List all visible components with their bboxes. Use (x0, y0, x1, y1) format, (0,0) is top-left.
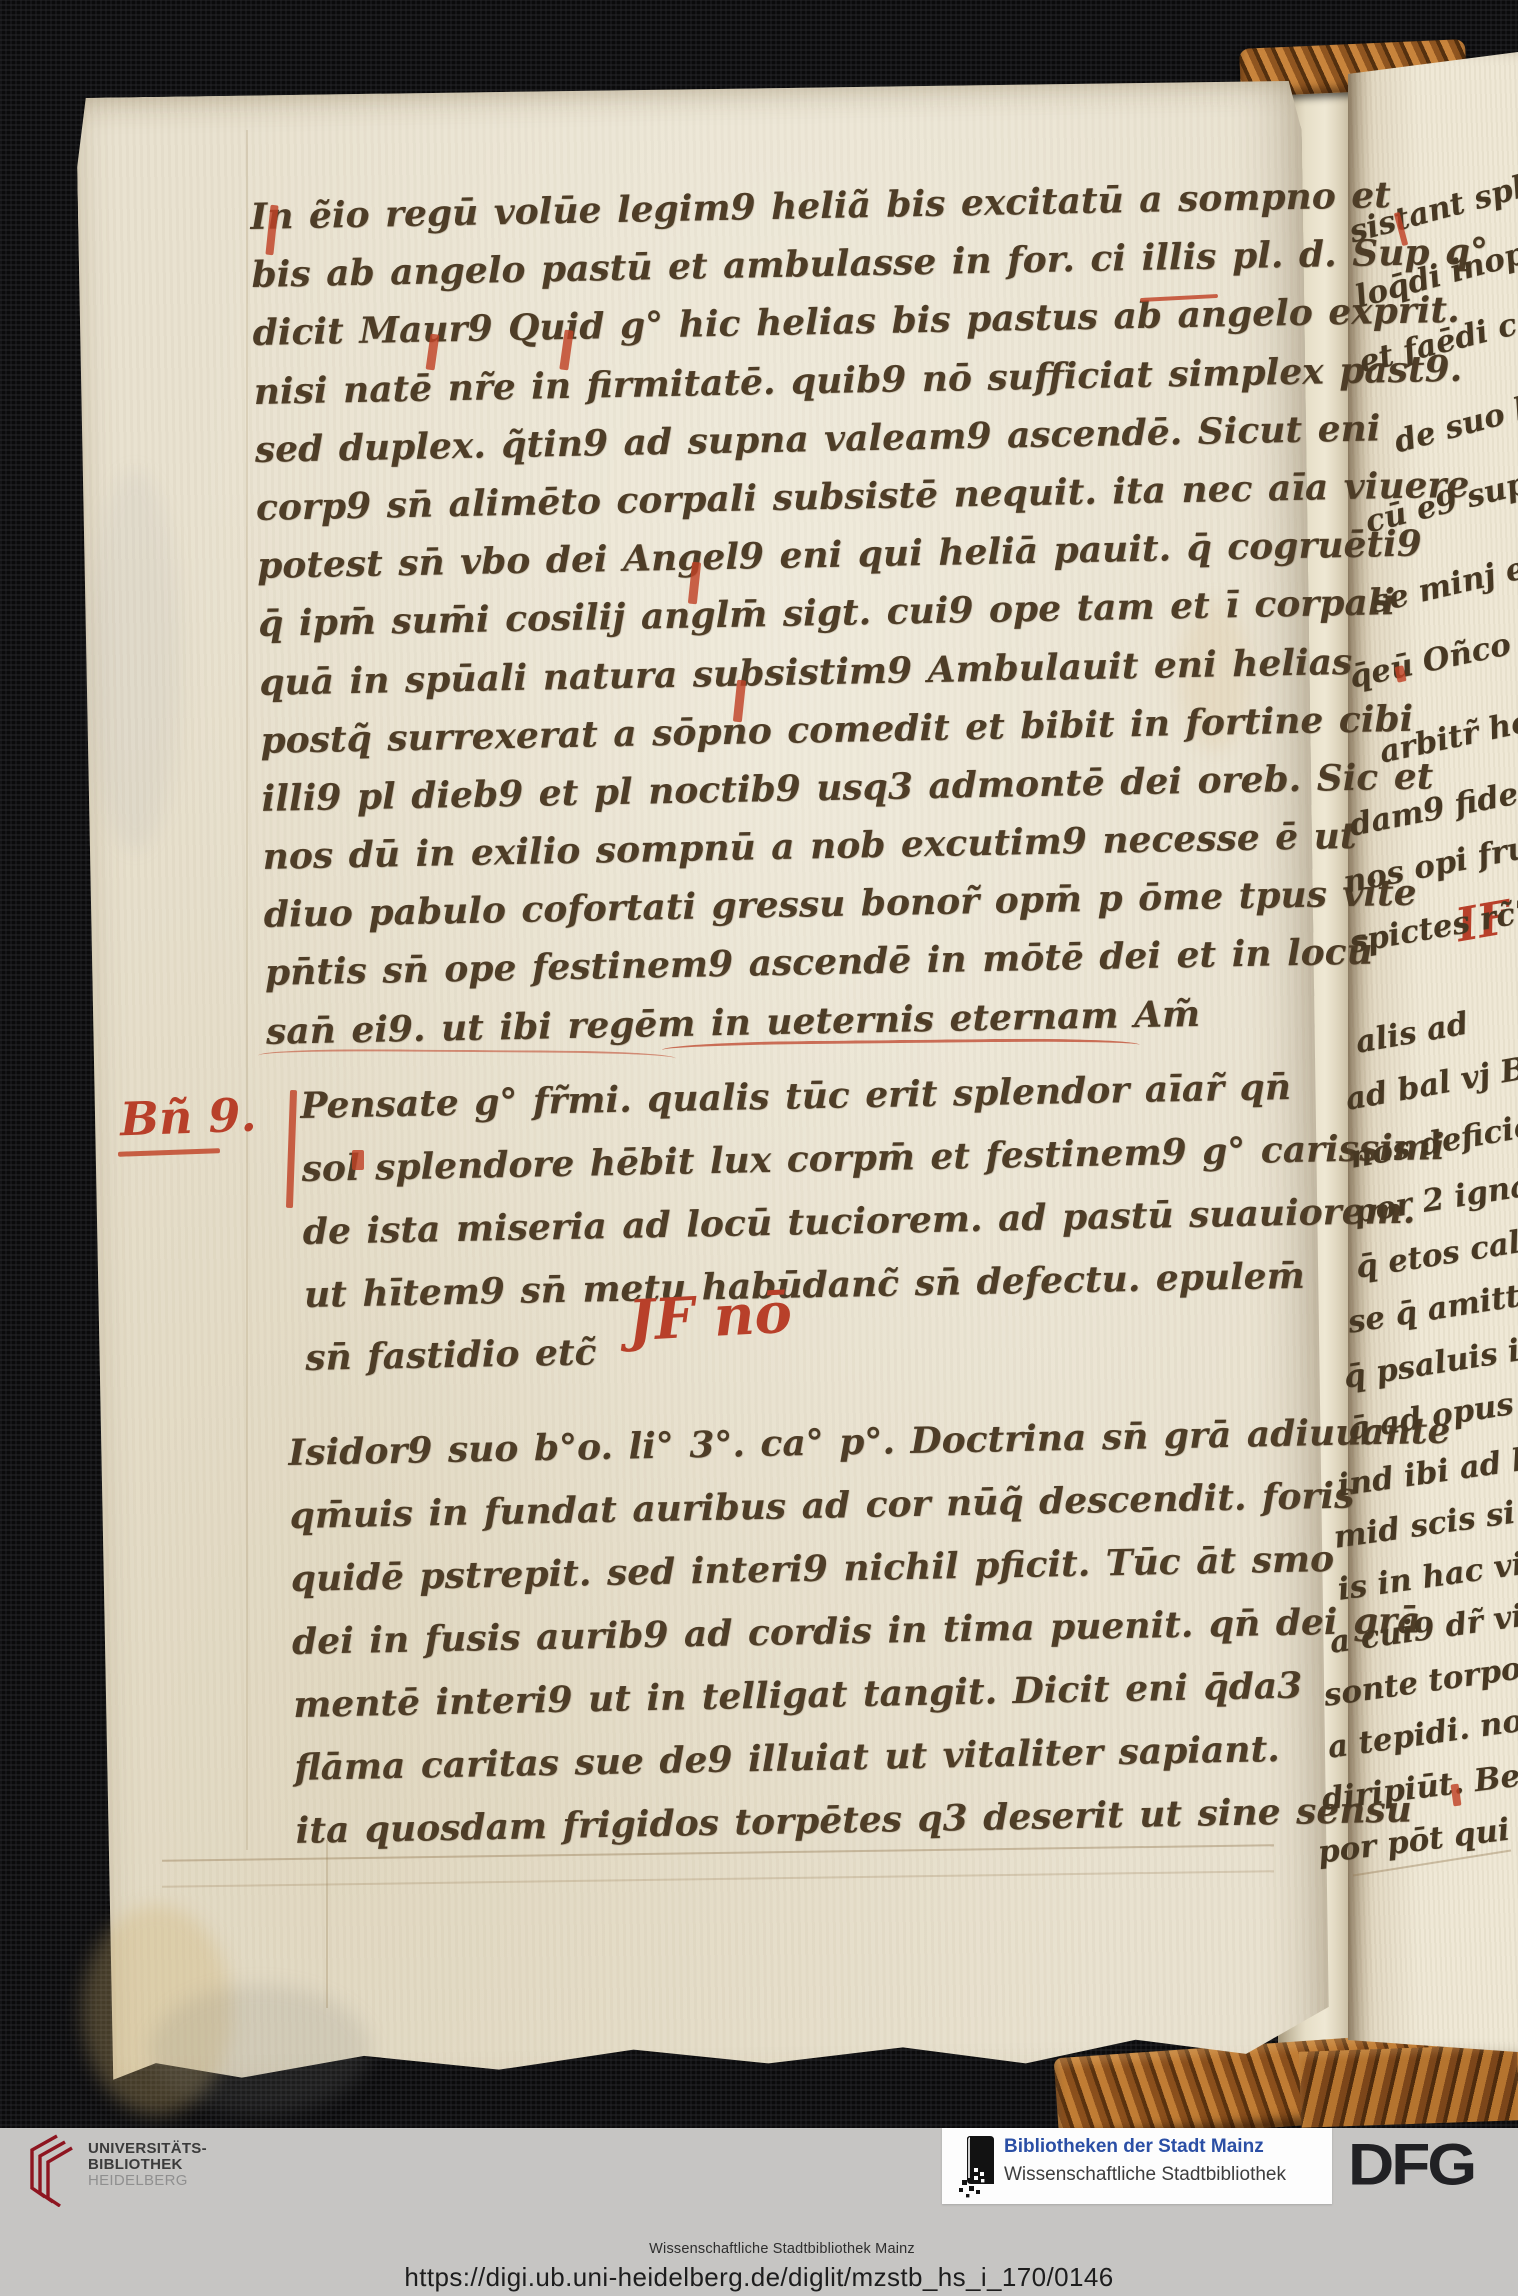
text-block-1: In ẽio regū volūe legim9 heliã bis excit… (250, 172, 1503, 1068)
digitized-manuscript-scan: In ẽio regū volūe legim9 heliã bis excit… (0, 0, 1518, 2296)
margin-ruling-line (246, 130, 248, 1850)
text-block-3: Isidor9 suo b°o. li° 3°. ca° p°. Doctrin… (288, 1410, 1458, 1873)
photo-area: In ẽio regū volūe legim9 heliã bis excit… (0, 0, 1518, 2128)
rubric-margin-note: Bñ 9. (119, 1088, 257, 1147)
permalink-url: https://digi.ub.uni-heidelberg.de/diglit… (0, 2262, 1518, 2293)
text-block-2: Pensate g° fr̃mi. qualis tūc erit splend… (300, 1063, 1449, 1400)
parchment-stain (90, 470, 180, 850)
mainz-library-logo: Bibliotheken der Stadt Mainz Wissenschaf… (942, 2128, 1332, 2204)
ub-line3: HEIDELBERG (88, 2173, 207, 2189)
ub-line1: UNIVERSITÄTS- (88, 2141, 207, 2157)
ub-heidelberg-logo-text: UNIVERSITÄTS- BIBLIOTHEK HEIDELBERG (88, 2141, 207, 2189)
binding-weave-corner (1299, 2044, 1518, 2128)
rubric-stroke (352, 1150, 364, 1170)
library-footer-banner: UNIVERSITÄTS- BIBLIOTHEK HEIDELBERG Bibl… (0, 2128, 1518, 2296)
holding-library-caption: Wissenschaftliche Stadtbibliothek Mainz (0, 2241, 1518, 2257)
ub-heidelberg-logo-icon (24, 2133, 76, 2207)
mainz-logo-line1: Bibliotheken der Stadt Mainz (1004, 2136, 1264, 2158)
rubric-note: JF nō (626, 1280, 793, 1354)
mainz-logo-line2: Wissenschaftliche Stadtbibliothek (1004, 2164, 1286, 2186)
parchment-stain (150, 1985, 370, 2115)
mainz-book-icon (956, 2134, 1002, 2198)
ub-line2: BIBLIOTHEK (88, 2157, 207, 2173)
dfg-logo: DFG (1348, 2130, 1474, 2198)
